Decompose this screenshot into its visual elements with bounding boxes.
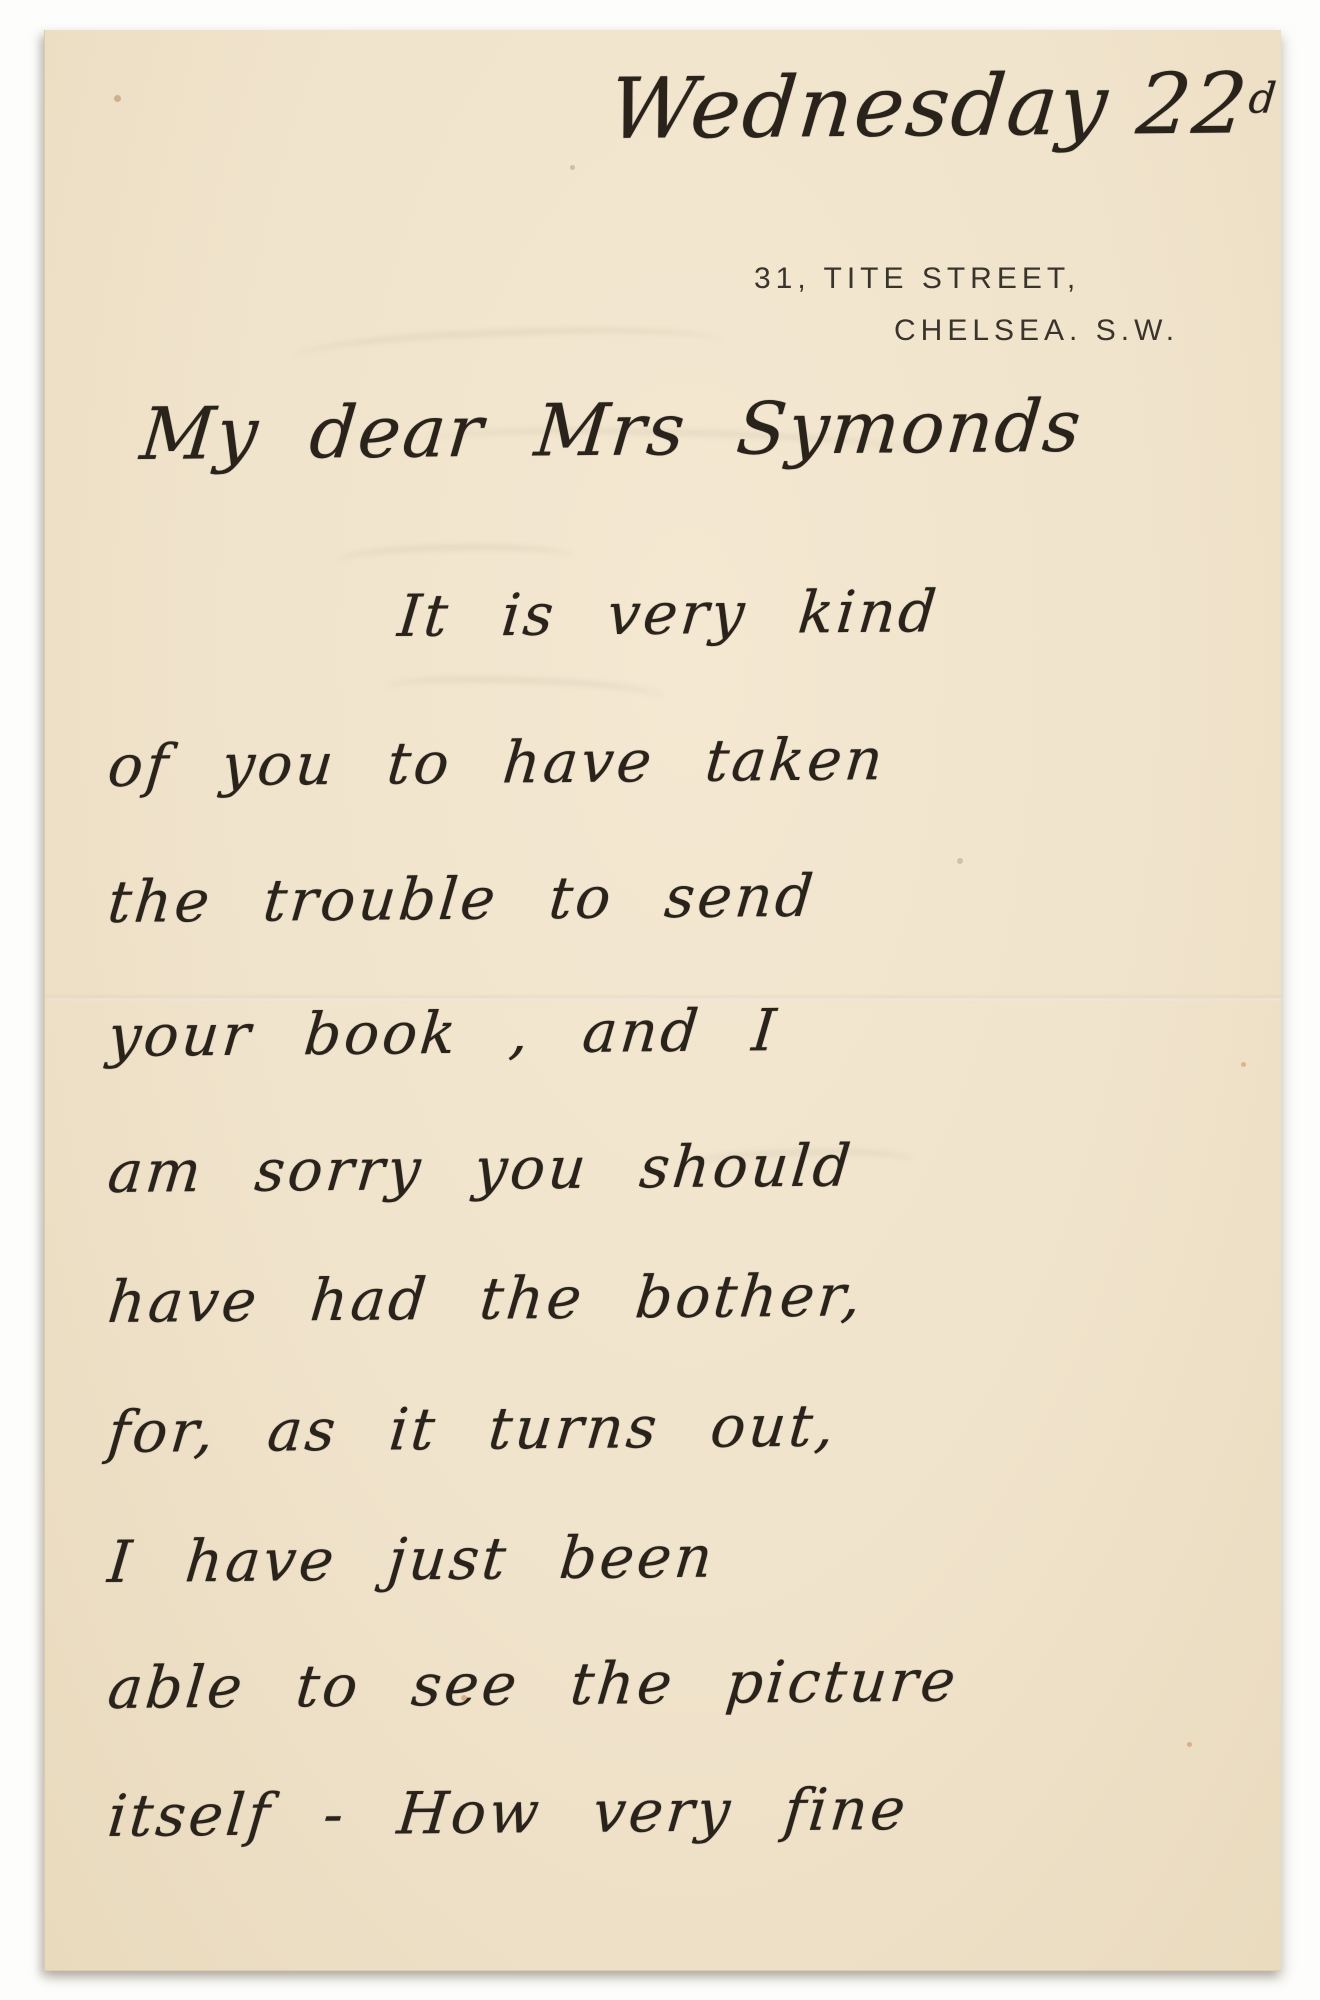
foxing-spot — [1241, 1062, 1246, 1067]
handwriting-line: have had the bother, — [105, 1261, 867, 1336]
foxing-spot — [1187, 1742, 1192, 1747]
show-through-mark — [385, 673, 666, 716]
foxing-spot — [114, 95, 121, 102]
date-main: Wednesday 22 — [605, 54, 1253, 158]
handwriting-line: for, as it turns out, — [105, 1392, 840, 1466]
handwriting-line: I have just been — [105, 1523, 718, 1596]
foxing-spot — [570, 165, 575, 170]
handwriting-line: of you to have taken — [105, 725, 889, 800]
handwriting-line: your book , and I — [105, 996, 782, 1070]
show-through-mark — [335, 543, 576, 582]
letterhead-address-line2: CHELSEA. S.W. — [894, 314, 1179, 348]
handwriting-line: the trouble to send — [105, 862, 819, 936]
date-line: Wednesday 22d — [605, 54, 1282, 158]
date-ordinal-suffix: d — [1247, 74, 1281, 123]
handwriting-line: am sorry you should — [105, 1131, 856, 1206]
salutation-line: My dear Mrs Symonds — [137, 384, 1086, 476]
foxing-spot — [957, 858, 963, 864]
handwriting-line: itself - How very fine — [105, 1775, 911, 1850]
handwriting-line: It is very kind — [395, 577, 942, 650]
letterhead-address-line1: 31, TITE STREET, — [754, 262, 1080, 296]
letter-paper: Wednesday 22d 31, TITE STREET, CHELSEA. … — [44, 30, 1281, 1971]
handwriting-line: able to see the picture — [105, 1647, 961, 1722]
show-through-mark — [294, 323, 725, 383]
letter-scan: Wednesday 22d 31, TITE STREET, CHELSEA. … — [0, 0, 1320, 2000]
